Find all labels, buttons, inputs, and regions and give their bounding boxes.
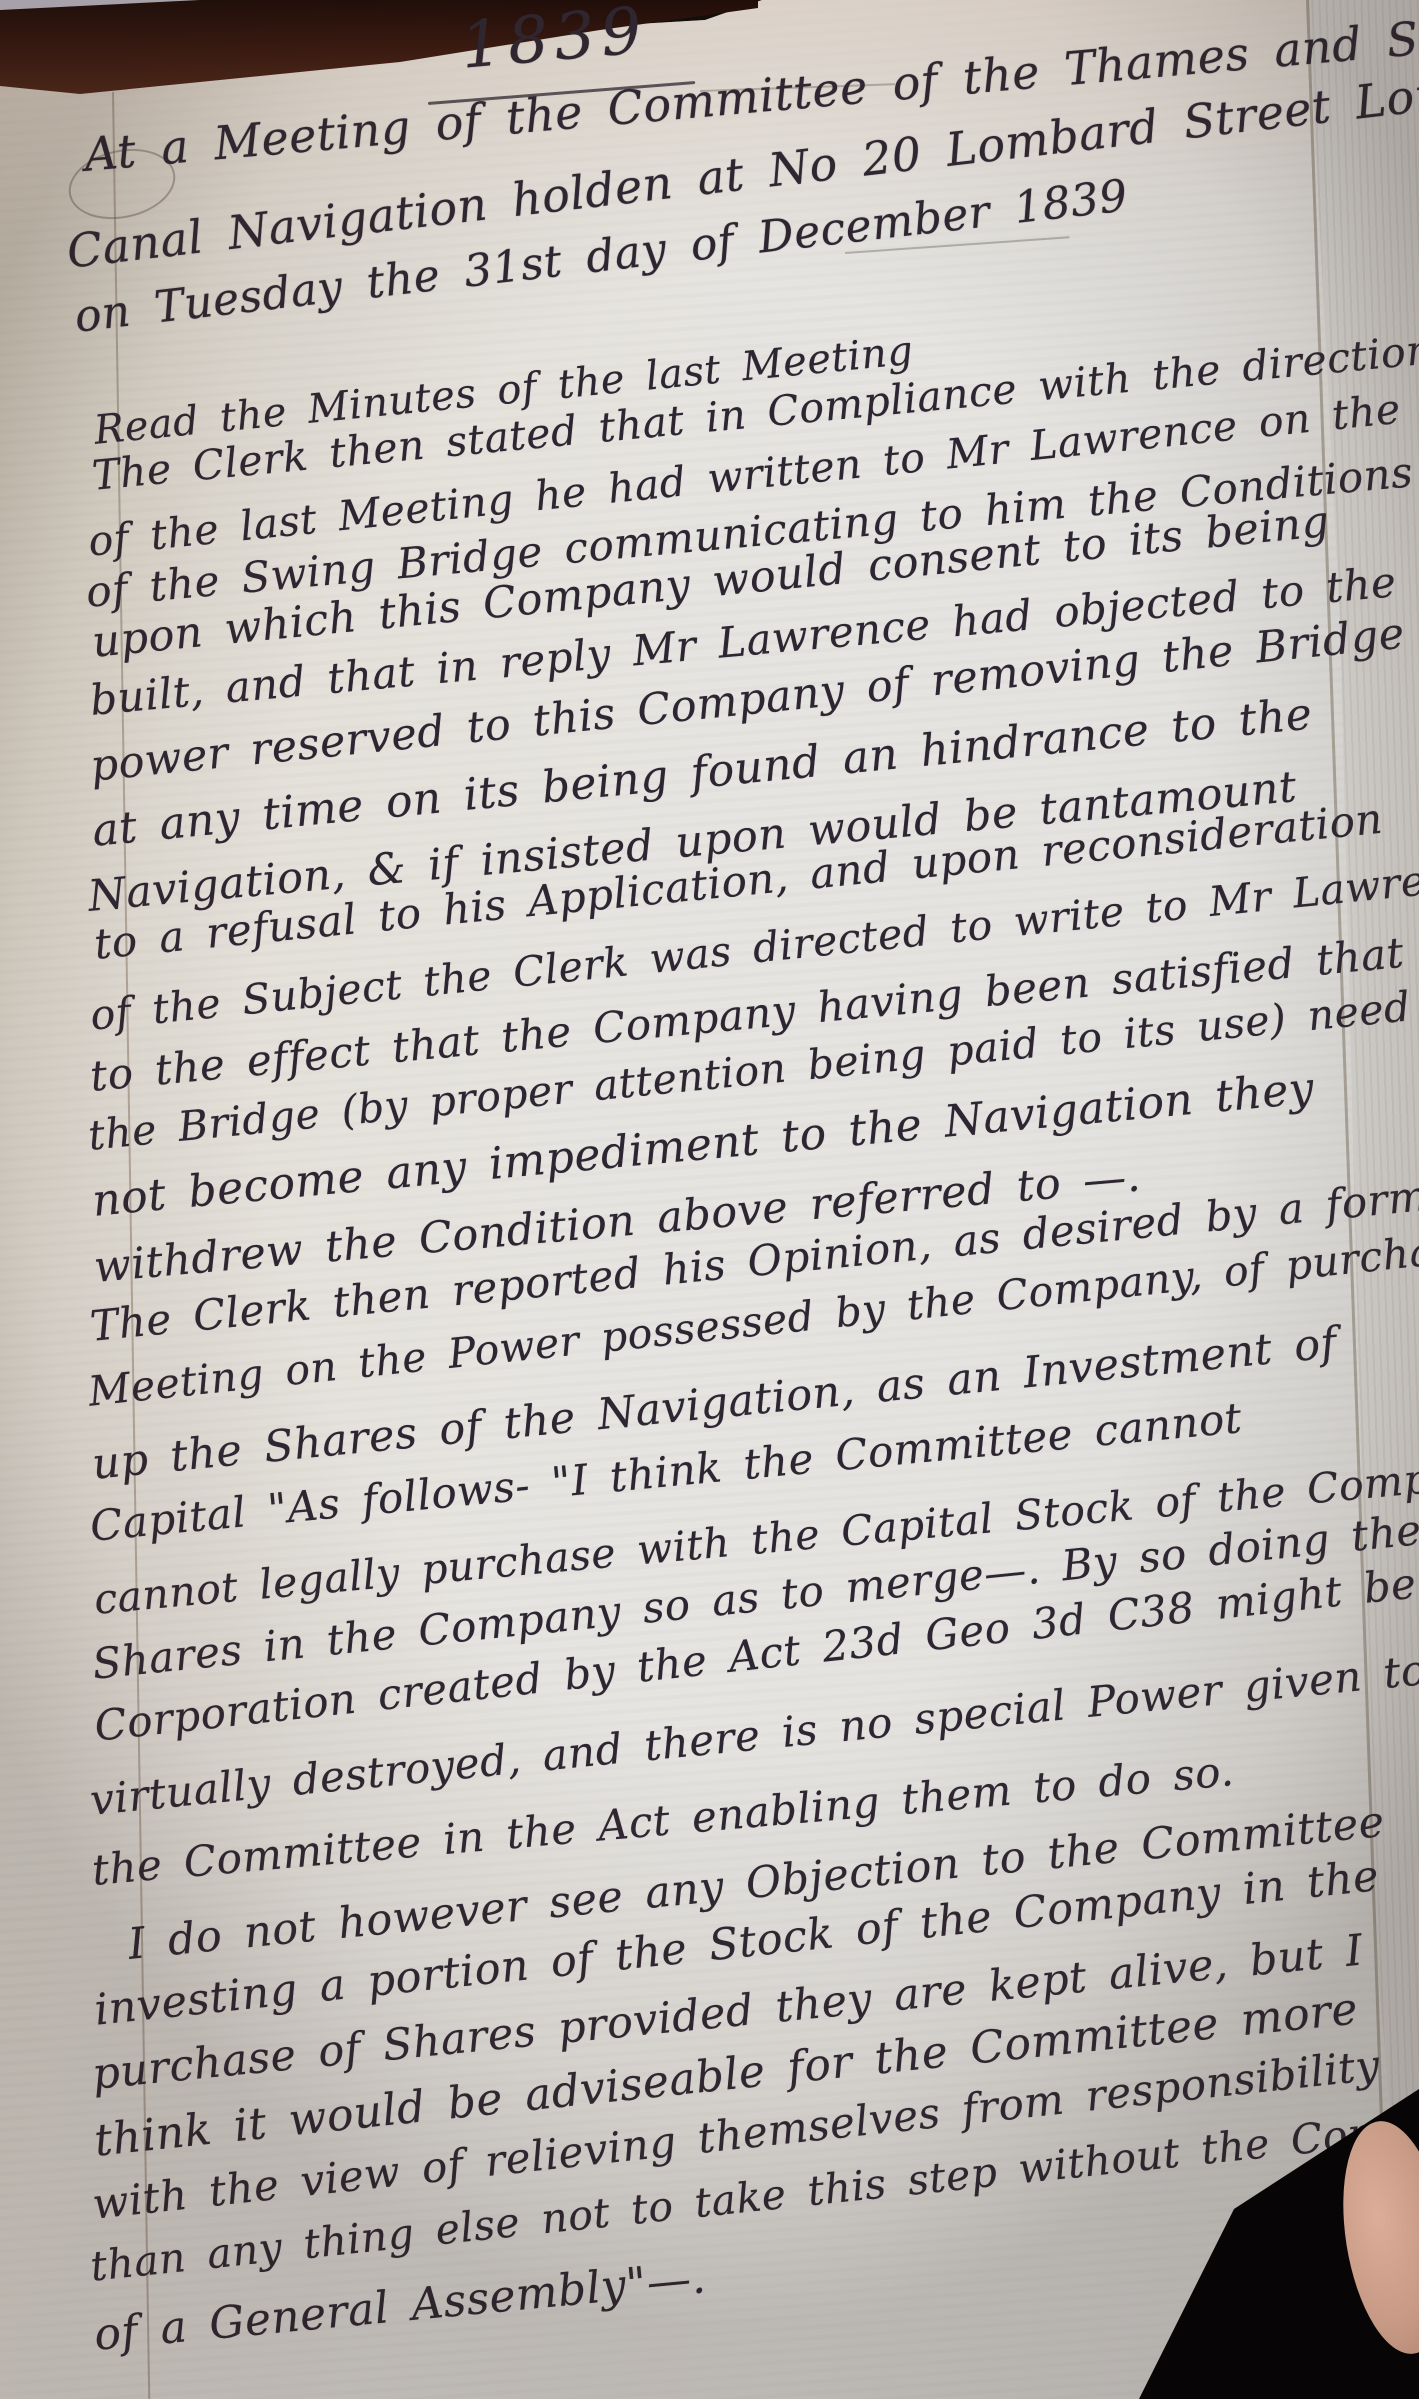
manuscript-photo: 1839 At a Meeting of the Committee of th…: [0, 0, 1419, 2399]
